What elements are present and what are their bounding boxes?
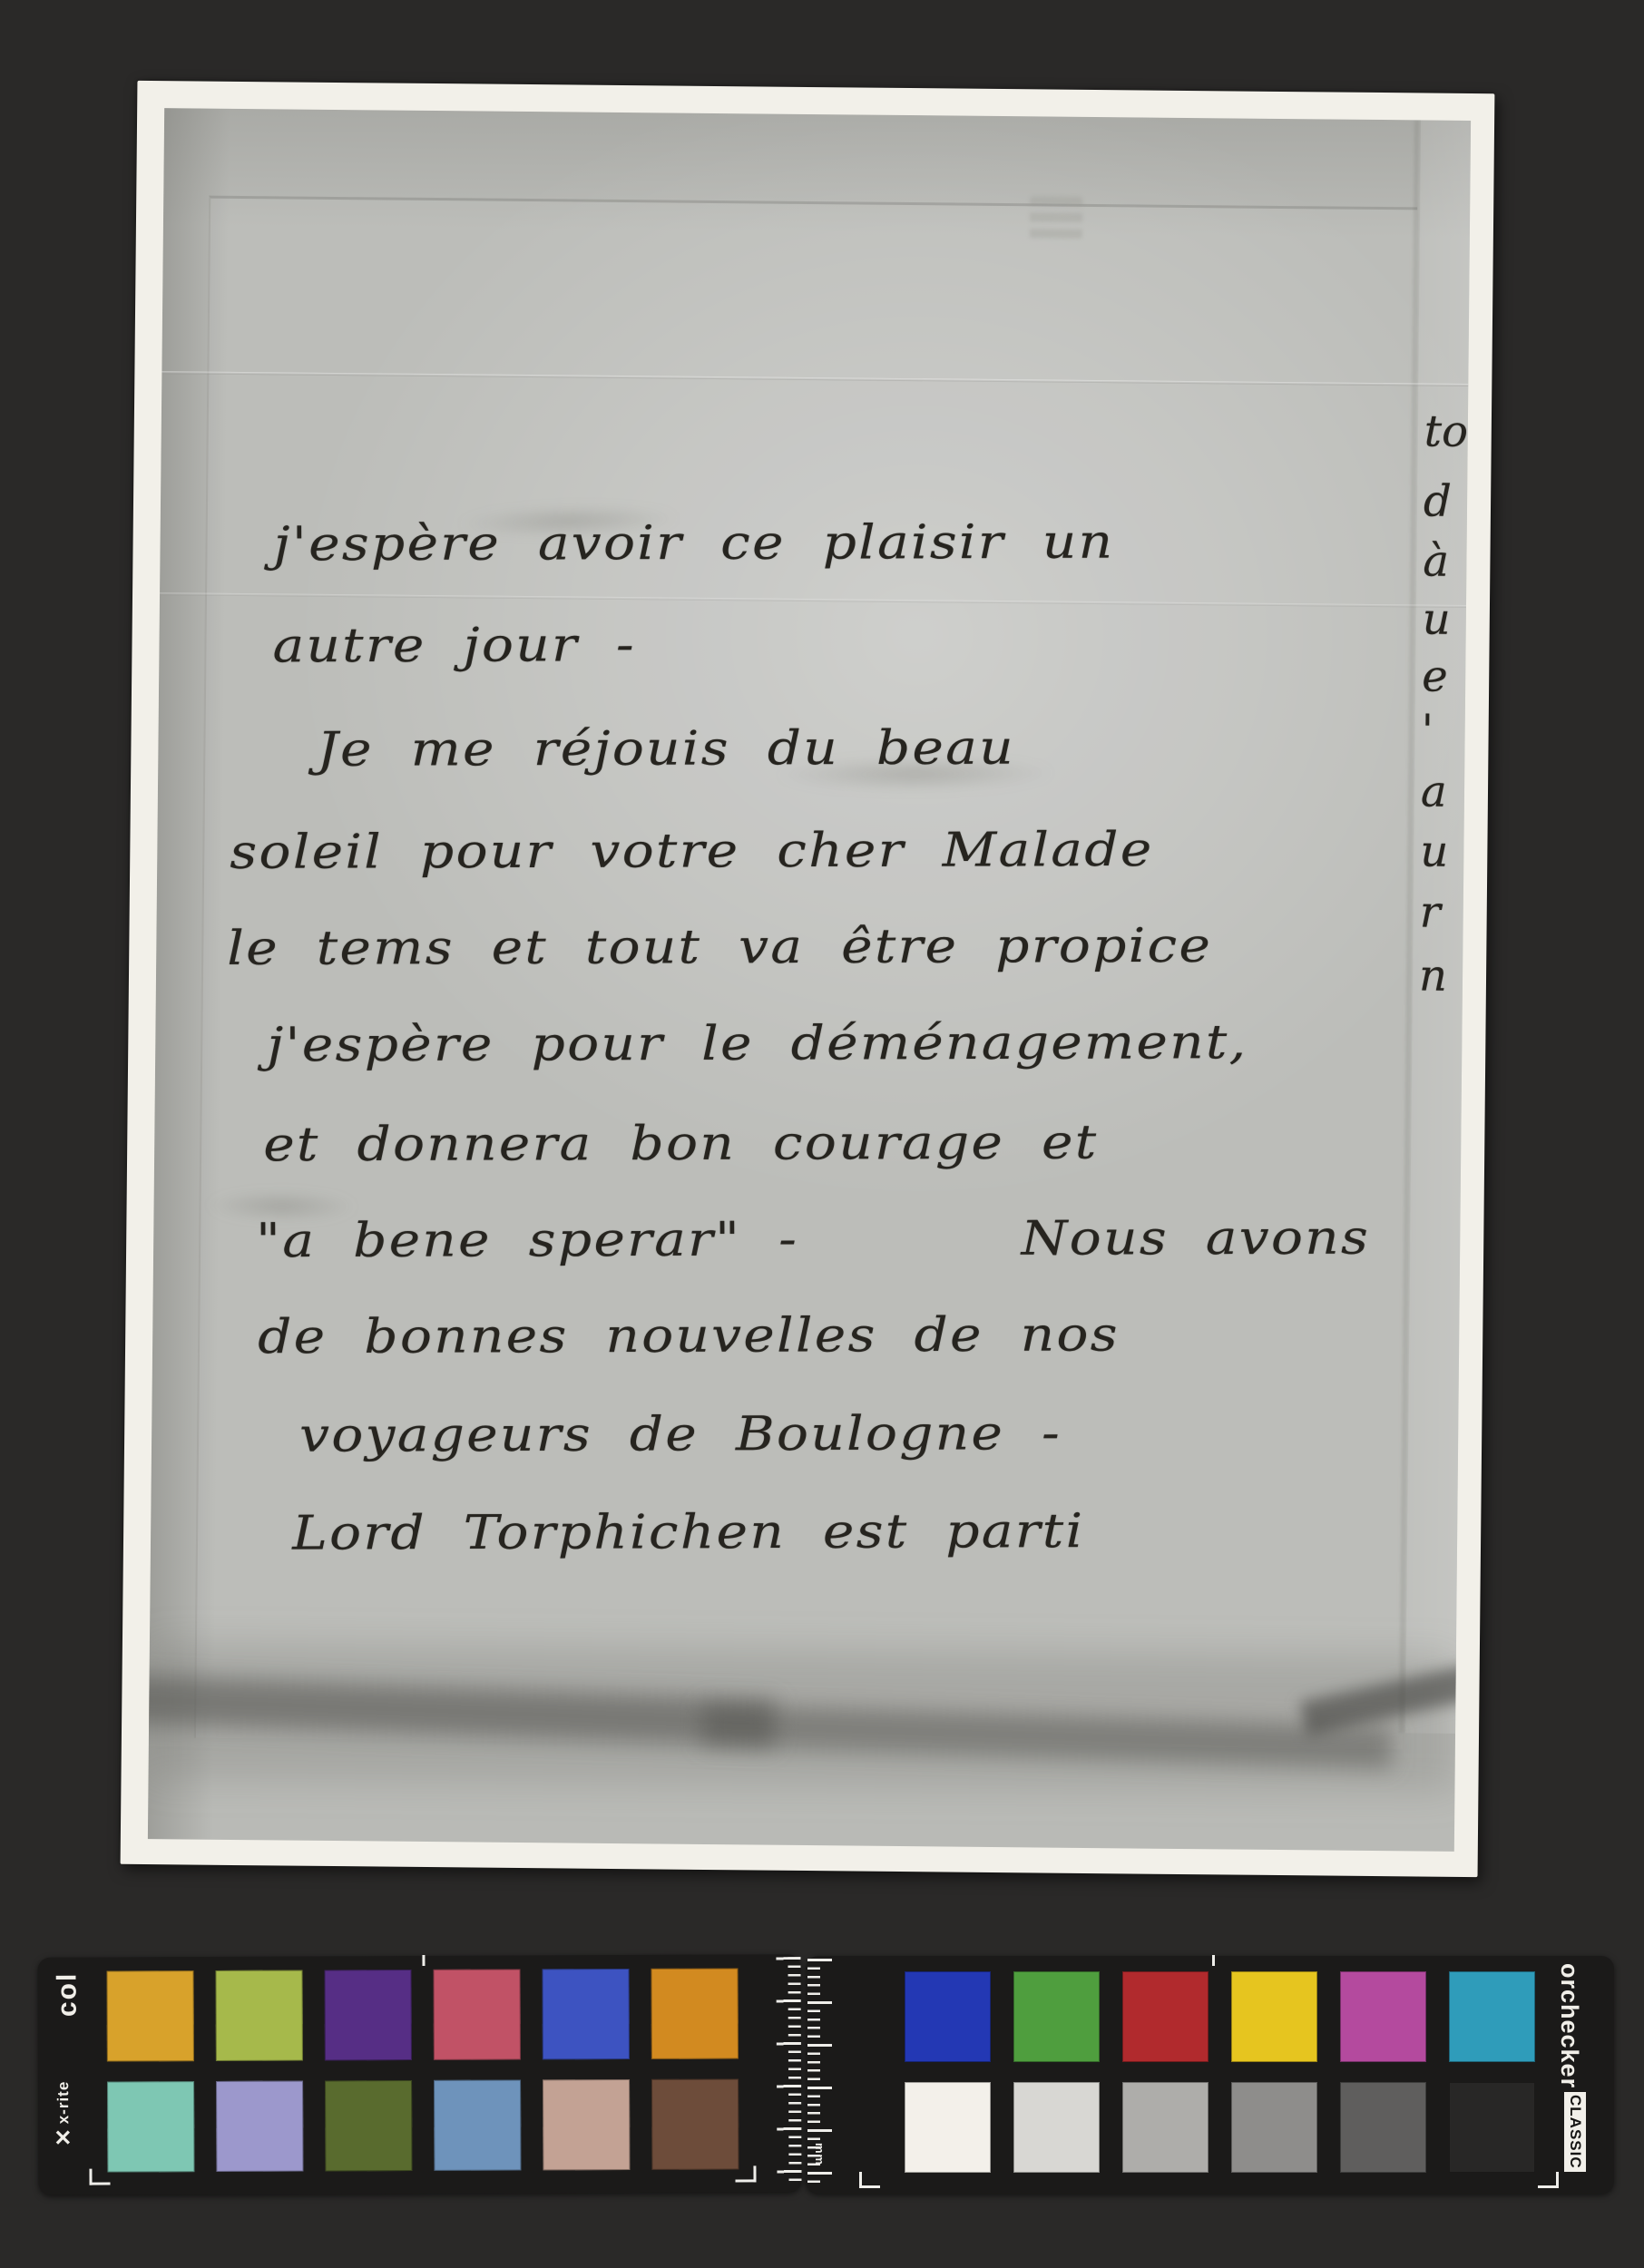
xrite-wordmark: x-rite (54, 2081, 72, 2125)
color-patch-orange-yellow (106, 1970, 193, 2061)
color-patch-white (905, 2082, 991, 2173)
second-page-text-fragments: toudàue'aurn (148, 108, 1471, 1852)
patch-row-top (905, 1971, 1535, 2062)
letter-fragment: u (1420, 826, 1448, 876)
crop-corner-mark (735, 2165, 756, 2182)
colorchecker-left-card: col ✕x-rite (37, 1954, 801, 2195)
color-patch-orange (651, 1968, 738, 2058)
letter-fragment: a (1421, 766, 1447, 816)
color-patch-cyan (1449, 1971, 1535, 2062)
color-patch-black (1449, 2082, 1535, 2173)
color-patch-bluish-green (107, 2081, 194, 2172)
mm-ruler (776, 1957, 801, 2186)
color-patch-neutral-8 (1013, 2082, 1100, 2173)
colorchecker-right-card: mm orchecker CLASSIC (806, 1956, 1614, 2194)
photograph-print: j'espère avoir ce plaisir unautre jour -… (121, 81, 1495, 1877)
color-patch-blue (905, 1971, 991, 2062)
color-patch-yellow-green (215, 1970, 302, 2061)
color-patch-neutral-5 (1231, 2082, 1317, 2173)
ruler-unit-label: mm (813, 2143, 827, 2165)
patch-row-top (106, 1968, 738, 2061)
color-patch-neutral-6-5 (1122, 2082, 1209, 2173)
color-patch-dark-skin (651, 2078, 739, 2169)
letter-fragment: d (1424, 475, 1452, 526)
classic-badge: CLASSIC (1564, 2092, 1586, 2172)
color-patch-red (1122, 1971, 1209, 2062)
letter-fragment: r (1419, 886, 1440, 937)
letter-fragment: e (1422, 650, 1448, 701)
crop-corner-mark (859, 2172, 880, 2188)
letter-fragment: tou (1424, 406, 1472, 457)
colorchecker-edge-label: col (53, 1972, 83, 2018)
letter-fragment: u (1423, 593, 1451, 644)
xrite-logo: ✕x-rite (51, 2081, 76, 2150)
color-patch-purplish-blue (542, 1969, 629, 2059)
color-patch-foliage (325, 2080, 412, 2171)
color-patch-green (1013, 1971, 1100, 2062)
color-patch-yellow (1231, 1971, 1317, 2062)
crop-corner-mark (1538, 2172, 1559, 2188)
color-patch-purple (324, 1970, 411, 2060)
ruler-tick-icon (1212, 1955, 1215, 1966)
color-patch-neutral-3-5 (1340, 2082, 1426, 2173)
colorchecker-edge-label: orchecker (1555, 1963, 1583, 2088)
color-patch-moderate-red (433, 1970, 520, 2060)
color-patch-magenta (1340, 1971, 1426, 2062)
crop-corner-mark (89, 2168, 110, 2185)
color-patch-blue-flower (216, 2081, 303, 2172)
letter-fragment: à (1423, 535, 1449, 586)
color-patch-light-skin (543, 2079, 630, 2170)
patch-row-bottom (107, 2078, 739, 2172)
letter-photograph: j'espère avoir ce plaisir unautre jour -… (148, 108, 1471, 1852)
xrite-x-icon: ✕ (51, 2124, 75, 2149)
color-patch-blue-sky (434, 2080, 521, 2171)
letter-fragment: ' (1421, 705, 1434, 756)
ruler-tick-icon (422, 1955, 425, 1966)
patch-row-bottom (905, 2082, 1535, 2173)
letter-fragment: n (1419, 950, 1447, 1001)
archival-scan-mat: j'espère avoir ce plaisir unautre jour -… (0, 0, 1644, 2268)
